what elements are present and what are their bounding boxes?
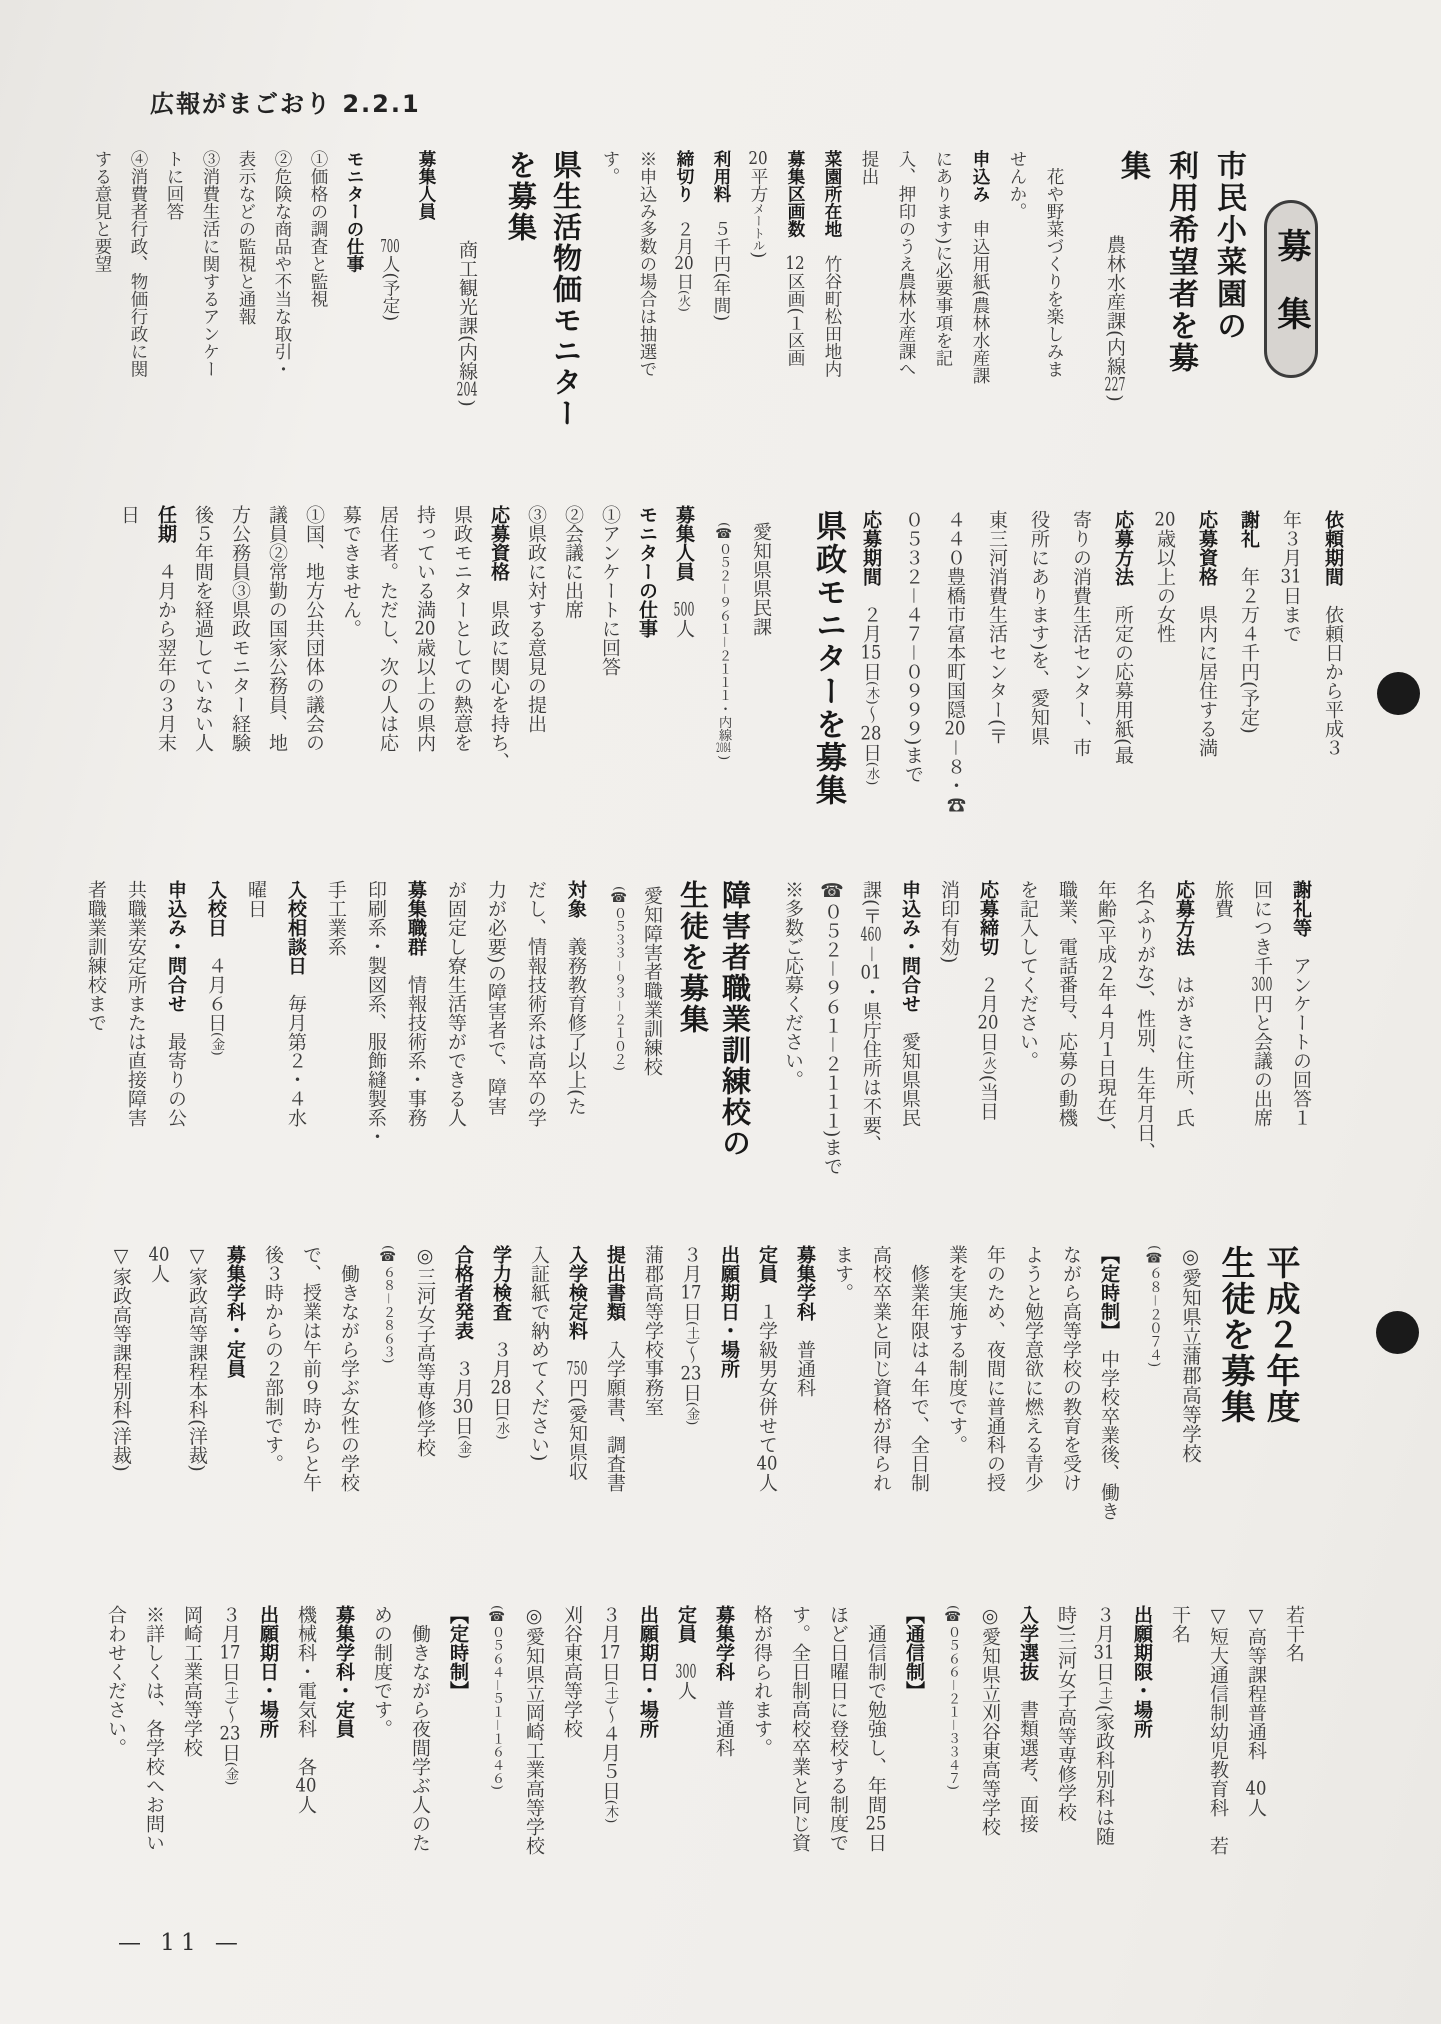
recruitment-badge-label: 募集 bbox=[1267, 228, 1315, 364]
article-students-body: 【定時制】 中学校卒業後、働きながら高等学校の教育を受けようと勉学意欲に燃える青… bbox=[100, 1245, 1128, 1565]
article-students-body-continued: 若干名▽高等課程普通科 40人▽短大通信制幼児教育科 若干名出願期限・場所３月3… bbox=[95, 1605, 1313, 1900]
recruitment-badge: 募集 bbox=[1264, 200, 1318, 378]
binding-hole-icon bbox=[1376, 1311, 1419, 1354]
binding-hole-icon bbox=[1377, 672, 1420, 715]
article-price-monitor-body: 募集人員 700人(予定)モニターの仕事①価格の調査と監視②危険な商品や不当な取… bbox=[82, 150, 444, 402]
article-garden-title: 市民小菜園の利用希望者を募集 bbox=[1140, 150, 1252, 400]
newsletter-header: 広報がまごおり 2.2.1 bbox=[150, 84, 421, 119]
article-training-school-title: 障害者職業訓練校の生徒を募集 bbox=[670, 880, 756, 1250]
article-students-gamagori-school: ◎愛知県立蒲郡高等学校(☎６８－２０７４) bbox=[1134, 1245, 1208, 1563]
article-price-monitor-continued: 依頼期間 依頼日から平成３年３月31日まで謝礼 年２万４千円(予定)応募資格 県… bbox=[848, 510, 1354, 822]
article-garden-body: 花や野菜づくりを楽しみませんか。申込み 申込用紙(農林水産課にあります)に必要事… bbox=[588, 150, 1072, 400]
article-price-monitor-department: 商工観光課(内線204) bbox=[445, 240, 485, 480]
article-price-monitor-title: 県生活物価モニターを募集 bbox=[492, 150, 588, 435]
page-number: — 11 — bbox=[118, 1930, 244, 1956]
article-kensei-monitor-title: 県政モニターを募集 bbox=[788, 510, 850, 810]
article-kensei-monitor-department: 愛知県県民課(☎０５２－９６１－２１１１・内線2084) bbox=[698, 522, 780, 817]
article-training-school-contact: 愛知障害者職業訓練校(☎０５３３－９３－２１０２) bbox=[598, 886, 668, 1250]
article-training-school-body: 対象 義務教育修了以上(ただし、情報技術系は高卒の学力が必要)の障害者で、障害が… bbox=[72, 880, 596, 1252]
article-students-title: 平成２年度生徒を募集 bbox=[1210, 1245, 1302, 1565]
article-garden-department: 農林水産課(内線227) bbox=[1093, 235, 1133, 475]
article-kensei-monitor-body: 募集人員 500人モニターの仕事①アンケートに回答②会議に出席③県政に対する意見… bbox=[108, 505, 702, 823]
newsletter-page: 広報がまごおり 2.2.1 募集 市民小菜園の利用希望者を募集 農林水産課(内線… bbox=[0, 0, 1441, 2024]
article-kensei-monitor-continued: 謝礼等 アンケートの回答１回につき千300円と会議の出席旅費応募方法 はがきに住… bbox=[772, 880, 1320, 1252]
